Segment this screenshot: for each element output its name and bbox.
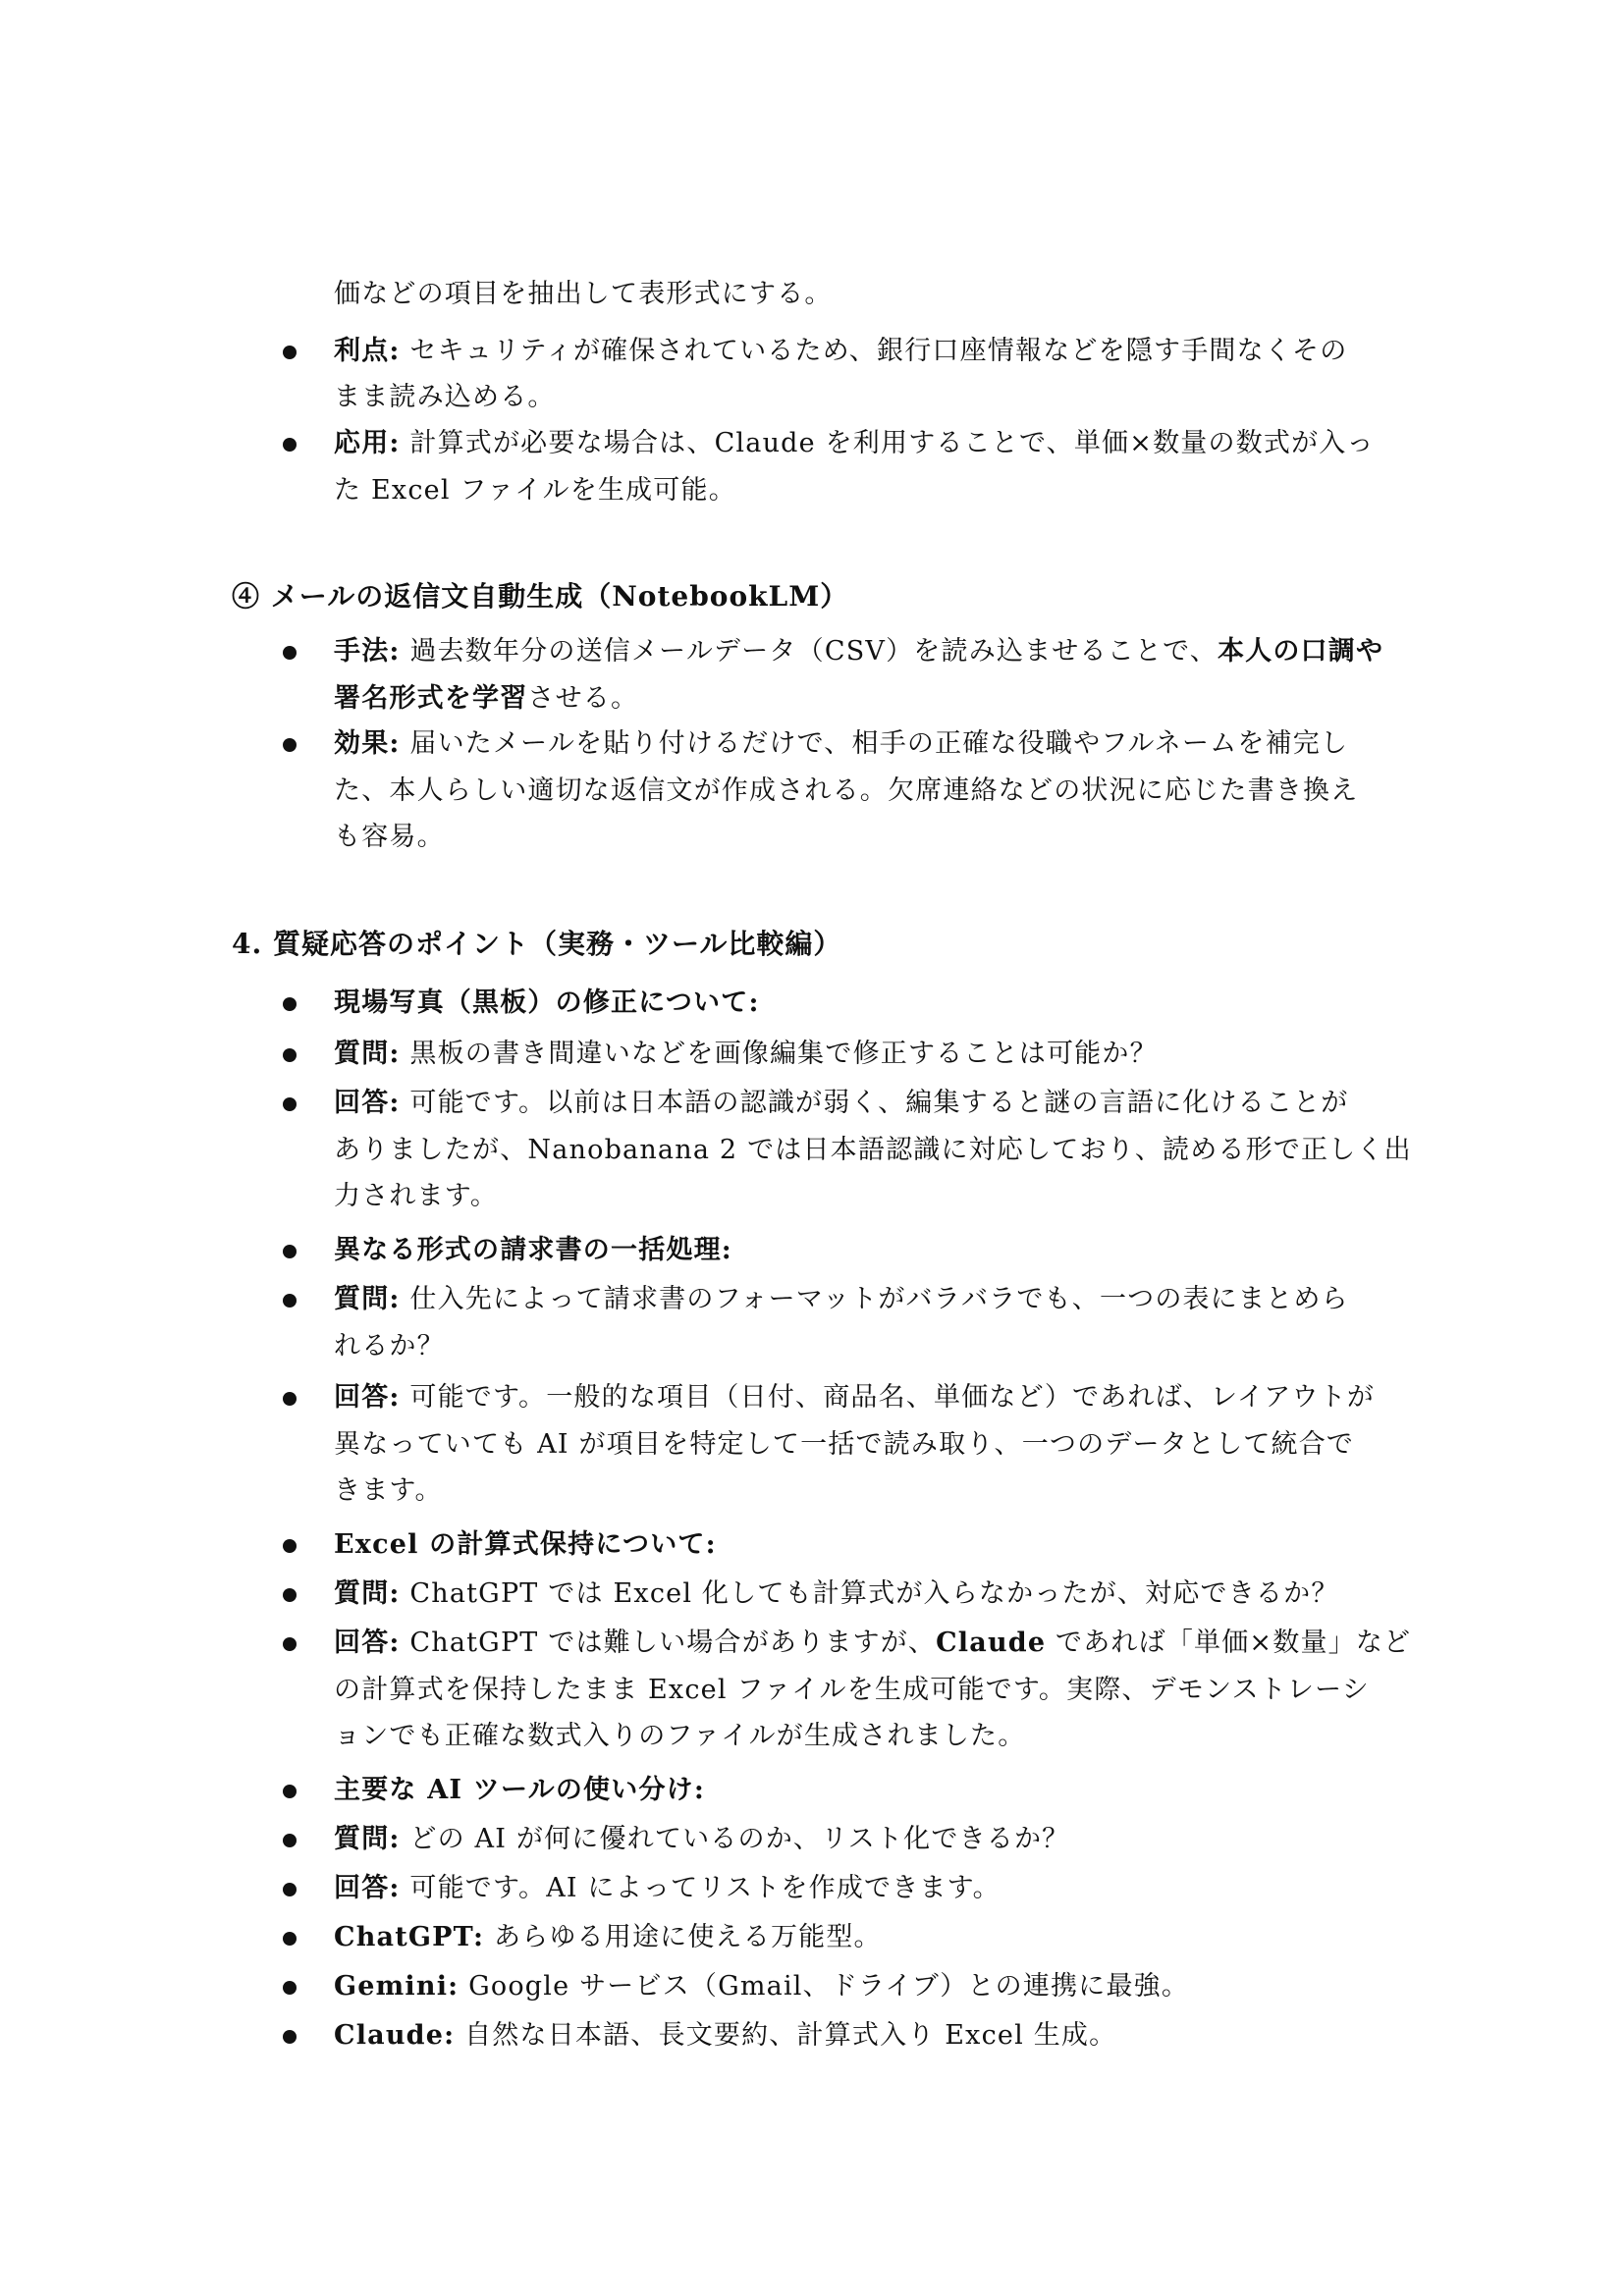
topic-excel-formula: Excel の計算式保持について: — [334, 1523, 717, 1567]
item-text: Google サービス（Gmail、ドライブ）との連携に最強。 — [468, 1971, 1189, 2002]
item-text-cont: きます。 — [334, 1469, 443, 1513]
bullet-icon — [283, 2030, 297, 2044]
list-item-effect: 効果: 届いたメールを貼り付けるだけで、相手の正確な役職やフルネームを補完し — [334, 722, 1348, 766]
item-text: ChatGPT では Excel 化しても計算式が入らなかったが、対応できるか？ — [409, 1578, 1338, 1609]
item-text: であれば「単価×数量」など — [1046, 1628, 1411, 1658]
bullet-icon — [283, 1245, 297, 1258]
item-label: 応用: — [334, 428, 401, 458]
item-text-cont: ョンでも正確な数式入りのファイルが生成されました。 — [334, 1715, 1025, 1758]
item-text: 可能です。AI によってリストを作成できます。 — [409, 1873, 1001, 1903]
qa-answer: 回答: 可能です。AI によってリストを作成できます。 — [334, 1867, 1001, 1910]
item-text-cont: 力されます。 — [334, 1175, 498, 1218]
list-item-advantage: 利点: セキュリティが確保されているため、銀行口座情報などを隠す手間なくその — [334, 330, 1347, 373]
list-item-method: 手法: 過去数年分の送信メールデータ（CSV）を読み込ませることで、本人の口調や — [334, 630, 1383, 673]
item-label: 回答: — [334, 1382, 401, 1413]
bullet-icon — [283, 346, 297, 359]
list-item-application: 応用: 計算式が必要な場合は、Claude を利用することで、単価×数量の数式が… — [334, 422, 1375, 465]
bullet-icon — [283, 1637, 297, 1651]
tool-gemini: Gemini: Google サービス（Gmail、ドライブ）との連携に最強。 — [334, 1965, 1189, 2008]
qa-question: 質問: どの AI が何に優れているのか、リスト化できるか？ — [334, 1818, 1069, 1861]
qa-answer: 回答: ChatGPT では難しい場合がありますが、Claude であれば「単価… — [334, 1622, 1411, 1665]
bullet-icon — [283, 1294, 297, 1308]
subsection-heading: ④ メールの返信文自動生成（NotebookLM） — [232, 575, 848, 618]
item-label: 質問: — [334, 1578, 401, 1609]
bullet-icon — [283, 438, 297, 452]
item-text-cont: まま読み込める。 — [334, 376, 556, 419]
bullet-icon — [283, 1588, 297, 1602]
continuation-text: 価などの項目を抽出して表形式にする。 — [334, 273, 833, 316]
bullet-icon — [283, 1834, 297, 1847]
item-text: 黒板の書き間違いなどを画像編集で修正することは可能か？ — [409, 1039, 1157, 1069]
item-emphasis: 本人の口調や — [1218, 636, 1383, 667]
item-label: 質問: — [334, 1039, 401, 1069]
section-heading: 4. 質疑応答のポイント（実務・ツール比較編） — [232, 923, 841, 966]
item-label: 効果: — [334, 728, 401, 759]
bullet-icon — [283, 1392, 297, 1406]
bullet-icon — [283, 1932, 297, 1946]
bullet-icon — [283, 1785, 297, 1798]
item-text-cont: た Excel ファイルを生成可能。 — [334, 469, 736, 512]
qa-question: 質問: 仕入先によって請求書のフォーマットがバラバラでも、一つの表にまとめら — [334, 1278, 1349, 1321]
item-emphasis: 署名形式を学習 — [334, 683, 527, 714]
item-text-cont: れるか？ — [334, 1325, 445, 1368]
qa-question: 質問: ChatGPT では Excel 化しても計算式が入らなかったが、対応で… — [334, 1573, 1339, 1616]
item-label: 手法: — [334, 636, 401, 667]
tool-chatgpt: ChatGPT: あらゆる用途に使える万能型。 — [334, 1916, 882, 1959]
item-label: 利点: — [334, 336, 401, 366]
item-text-cont: の計算式を保持したまま Excel ファイルを生成可能です。実際、デモンストレー… — [334, 1669, 1370, 1712]
item-text: 計算式が必要な場合は、Claude を利用することで、単価×数量の数式が入っ — [409, 428, 1374, 458]
qa-answer: 回答: 可能です。以前は日本語の認識が弱く、編集すると謎の言語に化けることが — [334, 1082, 1348, 1125]
item-label: ChatGPT: — [334, 1922, 484, 1952]
bullet-icon — [283, 1883, 297, 1896]
item-label: Gemini: — [334, 1971, 459, 2002]
item-text: 可能です。以前は日本語の認識が弱く、編集すると謎の言語に化けることが — [409, 1088, 1348, 1118]
bullet-icon — [283, 646, 297, 660]
bullet-icon — [283, 1539, 297, 1553]
item-text-cont: ありましたが、Nanobanana 2 では日本語認識に対応しており、読める形で… — [334, 1129, 1412, 1172]
item-text-cont: た、本人らしい適切な返信文が作成される。欠席連絡などの状況に応じた書き換え — [334, 770, 1358, 813]
topic-ai-tools: 主要な AI ツールの使い分け: — [334, 1769, 705, 1812]
item-label: 回答: — [334, 1873, 401, 1903]
tool-claude: Claude: 自然な日本語、長文要約、計算式入り Excel 生成。 — [334, 2014, 1116, 2057]
item-text-cont: 署名形式を学習させる。 — [334, 677, 638, 721]
item-text: ChatGPT では難しい場合がありますが、 — [409, 1628, 936, 1658]
qa-answer: 回答: 可能です。一般的な項目（日付、商品名、単価など）であれば、レイアウトが — [334, 1376, 1375, 1419]
topic-invoice-batch: 異なる形式の請求書の一括処理: — [334, 1229, 732, 1272]
item-text: セキュリティが確保されているため、銀行口座情報などを隠す手間なくその — [409, 336, 1347, 366]
bullet-icon — [283, 1097, 297, 1111]
subsection-title: メールの返信文自動生成（NotebookLM） — [271, 580, 848, 613]
item-text-cont: 異なっていても AI が項目を特定して一括で読み取り、一つのデータとして統合で — [334, 1423, 1354, 1467]
item-text: どの AI が何に優れているのか、リスト化できるか？ — [409, 1824, 1069, 1854]
item-label: 質問: — [334, 1824, 401, 1854]
item-label: 回答: — [334, 1628, 401, 1658]
item-text: 過去数年分の送信メールデータ（CSV）を読み込ませることで、 — [409, 636, 1218, 667]
bullet-icon — [283, 1981, 297, 1995]
document-page: 価などの項目を抽出して表形式にする。 利点: セキュリティが確保されているため、… — [0, 0, 1624, 2296]
circled-number: ④ — [232, 580, 260, 613]
item-label: Claude: — [334, 2020, 455, 2051]
item-text: 可能です。一般的な項目（日付、商品名、単価など）であれば、レイアウトが — [409, 1382, 1375, 1413]
item-label: 質問: — [334, 1284, 401, 1314]
item-text: 届いたメールを貼り付けるだけで、相手の正確な役職やフルネームを補完し — [409, 728, 1348, 759]
item-text: させる。 — [527, 683, 638, 714]
item-text: 仕入先によって請求書のフォーマットがバラバラでも、一つの表にまとめら — [409, 1284, 1348, 1314]
qa-question: 質問: 黒板の書き間違いなどを画像編集で修正することは可能か？ — [334, 1033, 1158, 1076]
bullet-icon — [283, 997, 297, 1011]
item-label: 回答: — [334, 1088, 401, 1118]
item-text: あらゆる用途に使える万能型。 — [494, 1922, 882, 1952]
item-emphasis: Claude — [936, 1628, 1046, 1658]
bullet-icon — [283, 1048, 297, 1062]
item-text: 自然な日本語、長文要約、計算式入り Excel 生成。 — [464, 2020, 1116, 2051]
item-text-cont: も容易。 — [334, 816, 445, 859]
bullet-icon — [283, 738, 297, 752]
topic-photo-correction: 現場写真（黒板）の修正について: — [334, 982, 760, 1025]
